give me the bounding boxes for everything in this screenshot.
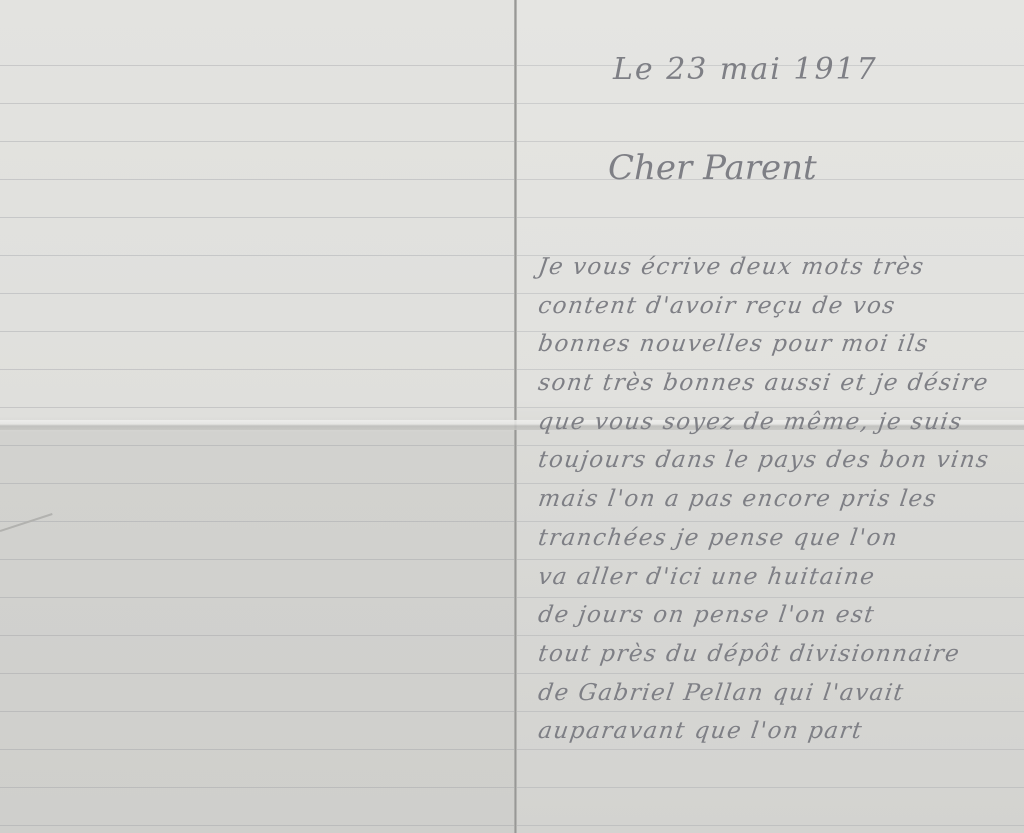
letter-sheet: Le 23 mai 1917 Cher Parent Je vous écriv…	[0, 0, 1024, 833]
body-line: sont très bonnes aussi et je désire	[535, 366, 992, 405]
body-line: va aller d'ici une huitaine	[535, 560, 992, 599]
body-line: content d'avoir reçu de vos	[535, 289, 992, 328]
body-line: toujours dans le pays des bon vins	[535, 443, 992, 482]
body-line: bonnes nouvelles pour moi ils	[535, 327, 992, 366]
body-line: de Gabriel Pellan qui l'avait	[535, 676, 992, 715]
body-line: Je vous écrive deux mots très	[535, 250, 992, 289]
body-line: que vous soyez de même, je suis	[535, 405, 992, 444]
body-line: auparavant que l'on part	[535, 714, 992, 753]
letter-body: Je vous écrive deux mots très content d'…	[538, 250, 989, 753]
vertical-fold-crease	[514, 0, 517, 833]
letter-salutation: Cher Parent	[608, 148, 817, 188]
letter-date: Le 23 mai 1917	[613, 52, 878, 87]
body-line: tranchées je pense que l'on	[535, 521, 992, 560]
body-line: mais l'on a pas encore pris les	[535, 482, 992, 521]
body-line: de jours on pense l'on est	[535, 598, 992, 637]
body-line: tout près du dépôt divisionnaire	[535, 637, 992, 676]
left-page-blank	[0, 0, 515, 833]
